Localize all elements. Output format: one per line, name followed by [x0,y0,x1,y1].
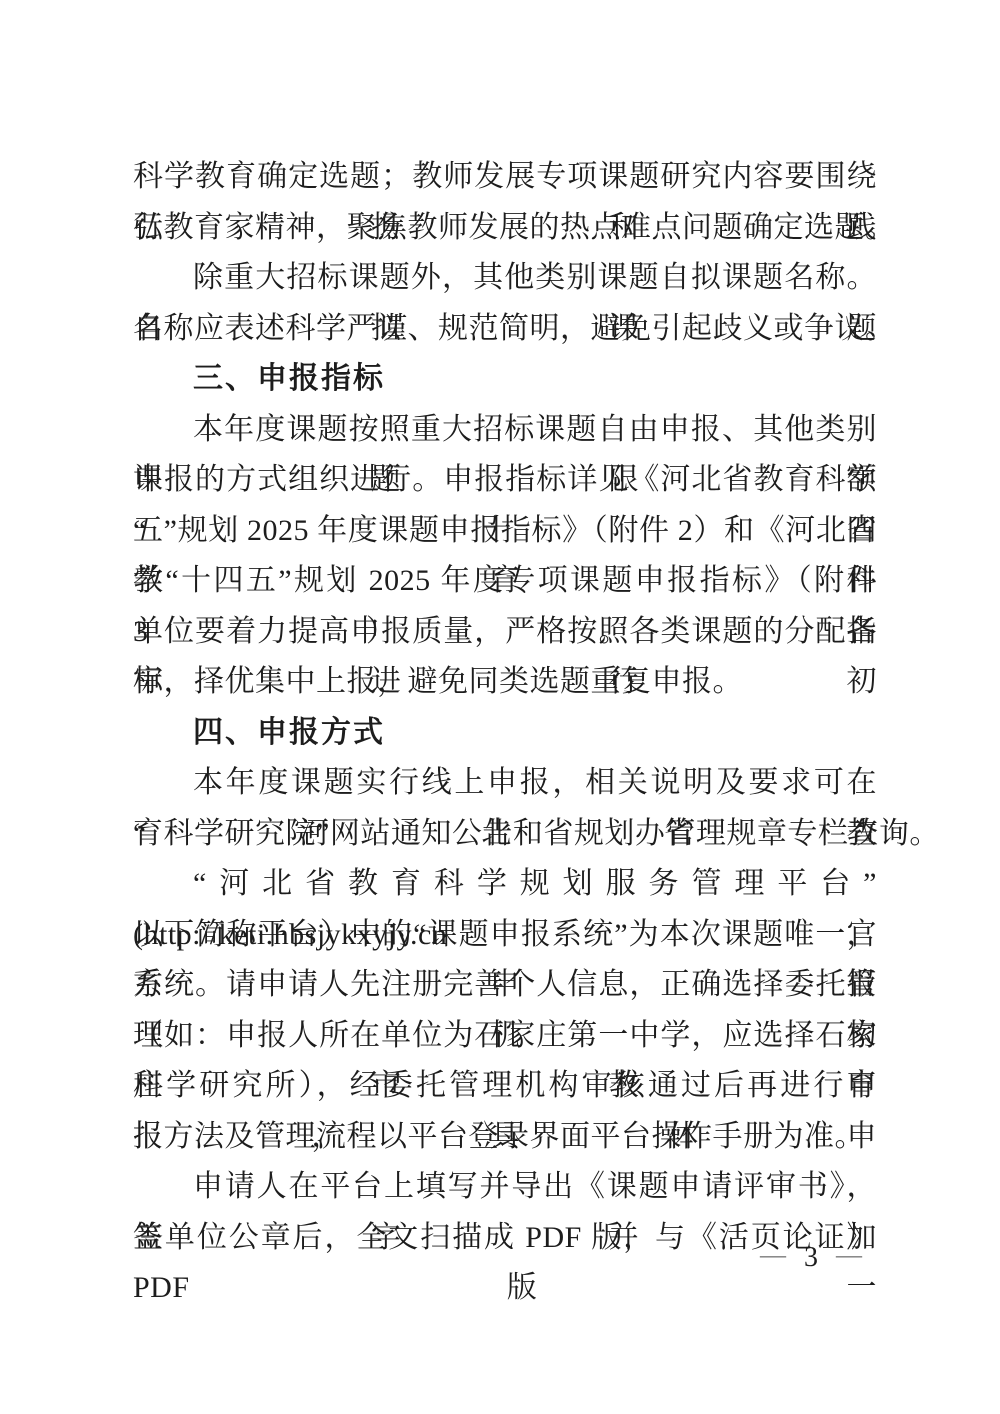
section-heading: 三、申报指标 [133,354,877,405]
page-number: 3 [804,1242,818,1273]
footer-dash-left: — [760,1240,786,1269]
text-line: 本年度课题按照重大招标课题自由申报、其他类别课题限额 [133,405,877,456]
section-heading: 四、申报方式 [133,708,877,759]
text-line: 学“十四五”规划 2025 年度专项课题申报指标》（附件 3）。各 [133,556,877,607]
text-line: 育科学研究院”网站通知公告和省规划办管理规章专栏查询。 [133,809,877,860]
text-line: 本年度课题实行线上申报，相关说明及要求可在“河北省教 [133,758,877,809]
text-line: “河北省教育科学规划服务管理平台”(http://keti.hbsjykxyjy… [133,859,877,910]
text-line: 申请人在平台上填写并导出《课题申请评审书》，签字并加 [133,1162,877,1213]
text-line: 单位要着力提高申报质量，严格按照各类课题的分配指标进行初 [133,607,877,658]
text-line: 系统。请申请人先注册完善个人信息，正确选择委托管理机构 [133,960,877,1011]
text-line: 科学教育确定选题；教师发展专项课题研究内容要围绕弘扬和践 [133,152,877,203]
footer-dash-right: — [836,1240,862,1269]
text-line: 科学研究所），经委托管理机构审核通过后再进行申报，具体申 [133,1061,877,1112]
page-footer: —3— [760,1240,862,1276]
text-line: 行教育家精神，聚焦教师发展的热点难点问题确定选题。 [133,203,877,254]
text-line: 除重大招标课题外，其他类别课题自拟课题名称。自拟课题 [133,253,877,304]
text-line: 申报的方式组织进行。申报指标详见《河北省教育科学“十四 [133,455,877,506]
text-line: 以下简称平台）中的“课题申报系统”为本次课题唯一官方申报 [133,910,877,961]
text-line: 名称应表述科学严谨、规范简明，避免引起歧义或争议。 [133,304,877,355]
text-line: （如：申报人所在单位为石家庄第一中学，应选择石家庄市教育 [133,1011,877,1062]
document-content: 科学教育确定选题；教师发展专项课题研究内容要围绕弘扬和践行教育家精神，聚焦教师发… [133,152,877,1263]
text-line: 报方法及管理流程以平台登录界面平台操作手册为准。 [133,1112,877,1163]
document-page: 科学教育确定选题；教师发展专项课题研究内容要围绕弘扬和践行教育家精神，聚焦教师发… [0,0,1000,1414]
text-line: 五”规划 2025 年度课题申报指标》（附件 2）和《河北省教育科 [133,506,877,557]
